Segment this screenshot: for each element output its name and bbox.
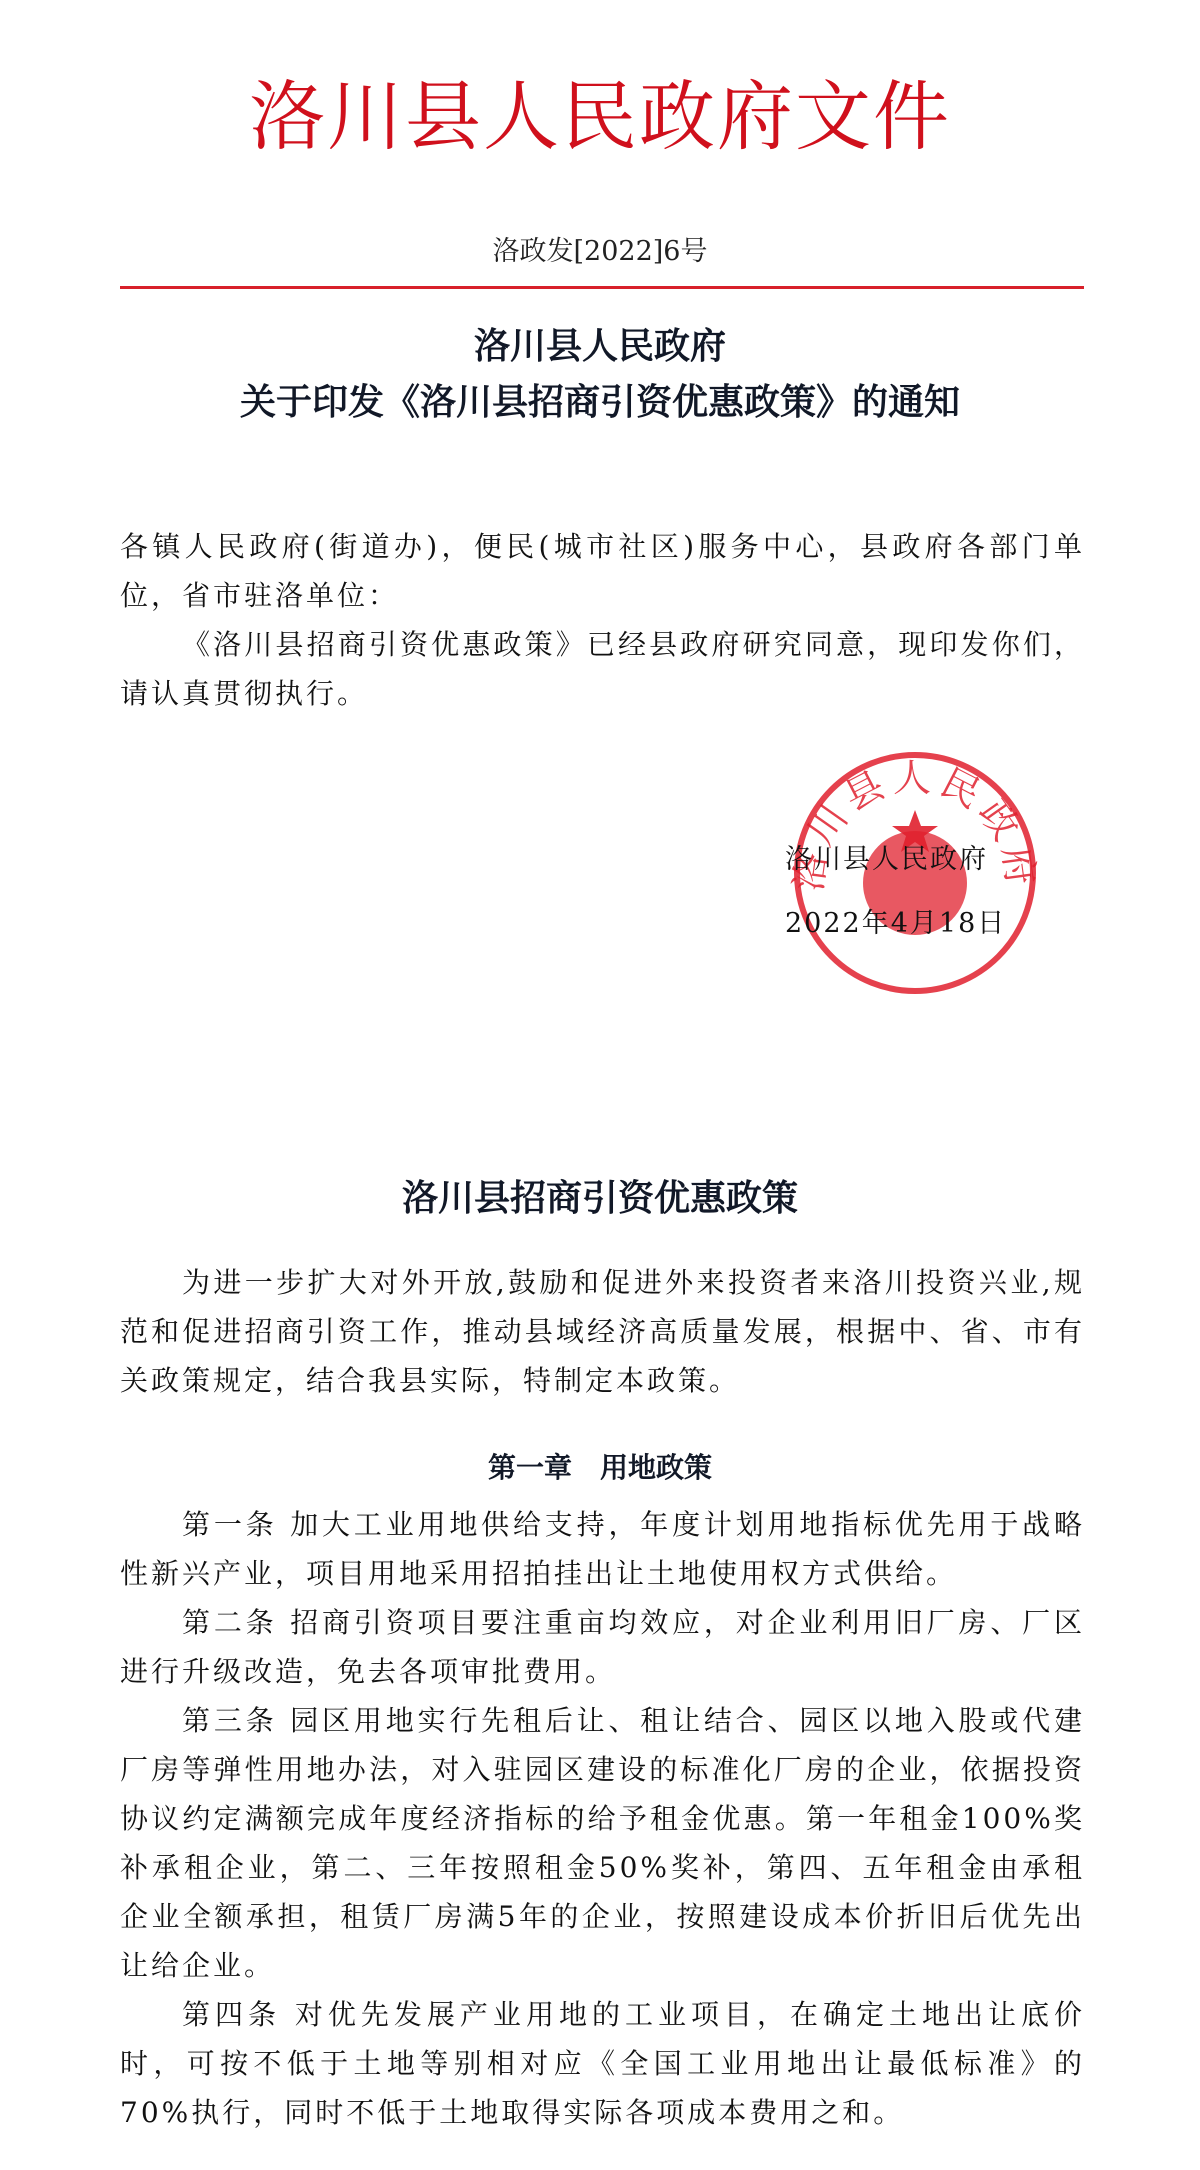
article-label: 第二条 [182,1606,277,1639]
notice-title-issuer: 洛川县人民政府 [0,320,1200,372]
article-text: 园区用地实行先租后让、租让结合、园区以地入股或代建厂房等弹性用地办法，对入驻园区… [120,1704,1085,1982]
article-3: 第三条 园区用地实行先租后让、租让结合、园区以地入股或代建厂房等弹性用地办法，对… [120,1696,1085,1990]
article-label: 第四条 [182,1998,281,2031]
notice-recipients: 各镇人民政府(街道办)，便民(城市社区)服务中心，县政府各部门单位，省市驻洛单位… [120,522,1085,620]
signature-date: 2022年4月18日 [785,904,1045,944]
notice-title-subject: 关于印发《洛川县招商引资优惠政策》的通知 [0,376,1200,428]
red-divider-line [120,286,1084,289]
notice-body: 《洛川县招商引资优惠政策》已经县政府研究同意，现印发你们，请认真贯彻执行。 [120,620,1085,718]
document-number: 洛政发[2022]6号 [0,232,1200,272]
chapter-heading: 第一章 用地政策 [0,1446,1200,1490]
policy-title: 洛川县招商引资优惠政策 [0,1172,1200,1224]
policy-intro: 为进一步扩大对外开放,鼓励和促进外来投资者来洛川投资兴业,规范和促进招商引资工作… [120,1258,1085,1405]
document-red-header-title: 洛川县人民政府文件 [0,62,1200,172]
signature-issuer: 洛川县人民政府 [785,840,1045,880]
article-2: 第二条 招商引资项目要注重亩均效应，对企业利用旧厂房、厂区进行升级改造，免去各项… [120,1598,1085,1696]
article-label: 第一条 [182,1508,277,1541]
article-label: 第三条 [182,1704,277,1737]
article-4: 第四条 对优先发展产业用地的工业项目，在确定土地出让底价时，可按不低于土地等别相… [120,1990,1085,2137]
article-1: 第一条 加大工业用地供给支持，年度计划用地指标优先用于战略性新兴产业，项目用地采… [120,1500,1085,1598]
